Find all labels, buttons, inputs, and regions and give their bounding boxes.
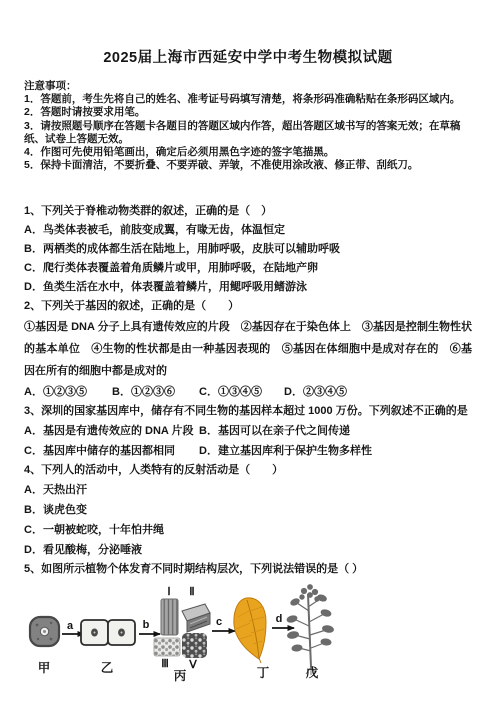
dividing-cells-figure — [81, 620, 135, 645]
exam-paper-page: 2025届上海市西延安中学中考生物模拟试题 注意事项： 1．答题前，考生先将自己… — [0, 0, 500, 707]
stage-label-yi: 乙 — [101, 661, 114, 675]
stage-label-bing: 丙 — [174, 668, 187, 683]
question-1: 1、下列关于脊椎动物类群的叙述，正确的是（ ） A．鸟类体表被毛，前肢变成翼，有… — [24, 202, 472, 297]
question-3-options: A．基因是有遗传效应的 DNA 片段 B．基因可以在亲子代之间传递 C．基因库中… — [24, 421, 472, 461]
arrow-c: c — [212, 616, 235, 631]
tissue-4-label: Ⅴ — [188, 659, 197, 671]
single-cell-figure — [30, 617, 59, 646]
question-3: 3、深圳的国家基因库中，储存有不同生物的基因样本超过 1000 万份。下列叙述不… — [24, 402, 472, 461]
question-3-option-a: A．基因是有遗传效应的 DNA 片段 — [24, 421, 199, 441]
stage-label-jia: 甲 — [38, 661, 51, 675]
question-2-statements: ①基因是 DNA 分子上具有遗传效应的片段 ②基因存在于染色体上 ③基因是控制生… — [24, 316, 472, 382]
arrow-c-label: c — [216, 616, 222, 628]
question-1-stem: 1、下列关于脊椎动物类群的叙述，正确的是（ ） — [24, 202, 472, 221]
notice-item: 1．答题前，考生先将自己的姓名、准考证号码填写清楚，将条形码准确粘贴在条形码区域… — [24, 93, 472, 106]
question-1-option-c: C．爬行类体表覆盖着角质鳞片或甲，用肺呼吸，在陆地产卵 — [24, 259, 472, 278]
question-1-option-b: B．两栖类的成体都生活在陆地上，用肺呼吸，皮肤可以辅助呼吸 — [24, 240, 472, 259]
question-2: 2、下列关于基因的叙述，正确的是（ ） ①基因是 DNA 分子上具有遗传效应的片… — [24, 297, 472, 402]
question-2-option-b: B．①②③⑥ — [112, 383, 199, 402]
question-3-option-b: B．基因可以在亲子代之间传递 — [199, 421, 472, 441]
arrow-d-label: d — [276, 613, 283, 625]
question-4: 4、下列人的活动中，人类特有的反射活动是（ ） A．天热出汗 B．谈虎色变 C．… — [24, 461, 472, 560]
tissue-2-image — [182, 604, 210, 632]
question-4-stem: 4、下列人的活动中，人类特有的反射活动是（ ） — [24, 461, 472, 480]
tissue-3-label: Ⅲ — [161, 658, 169, 670]
tissues-figure: Ⅰ Ⅱ Ⅲ Ⅴ — [154, 586, 210, 671]
notice-section: 注意事项： 1．答题前，考生先将自己的姓名、准考证号码填写清楚，将条形码准确粘贴… — [24, 80, 472, 172]
question-2-options: A．①②③⑤ B．①②③⑥ C．①③④⑤ D．②③④⑤ — [24, 383, 472, 402]
question-2-option-a: A．①②③⑤ — [24, 383, 112, 402]
question-2-option-c: C．①③④⑤ — [199, 383, 284, 402]
stage-label-wu: 戊 — [306, 665, 319, 680]
question-3-option-c: C．基因库中储存的基因都相同 — [24, 441, 199, 461]
notice-item: 4．作图可先使用铅笔画出，确定后必须用黑色字迹的签字笔描黑。 — [24, 146, 472, 159]
arrow-a-label: a — [67, 620, 74, 632]
question-4-option-d: D．看见酸梅，分泌唾液 — [24, 540, 472, 560]
arrow-b-label: b — [143, 619, 150, 631]
notice-item: 3．请按照题号顺序在答题卡各题目的答题区域内作答，超出答题区域书写的答案无效；在… — [24, 120, 472, 146]
notice-item: 5．保持卡面清洁，不要折叠、不要弄破、弄皱，不准使用涂改液、修正带、刮纸刀。 — [24, 159, 472, 172]
question-5: 5、如图所示植物个体发育不同时期结构层次，下列说法错误的是（ ） — [24, 560, 472, 683]
whole-plant-figure — [286, 585, 334, 675]
question-1-option-d: D．鱼类生活在水中，体表覆盖着鳞片，用鳃呼吸用鳍游泳 — [24, 278, 472, 297]
arrow-b: b — [139, 619, 160, 634]
question-3-stem: 3、深圳的国家基因库中，储存有不同生物的基因样本超过 1000 万份。下列叙述不… — [24, 402, 472, 421]
questions-section: 1、下列关于脊椎动物类群的叙述，正确的是（ ） A．鸟类体表被毛，前肢变成翼，有… — [24, 202, 472, 683]
question-3-option-d: D．建立基因库利于保护生物多样性 — [199, 441, 472, 461]
question-5-stem: 5、如图所示植物个体发育不同时期结构层次，下列说法错误的是（ ） — [24, 560, 472, 578]
question-2-option-d: D．②③④⑤ — [284, 383, 472, 402]
tissue-3-image — [154, 638, 180, 656]
tissue-1-label: Ⅰ — [167, 586, 170, 598]
leaf-figure — [234, 598, 266, 663]
tissue-4-image — [182, 633, 207, 658]
question-1-option-a: A．鸟类体表被毛，前肢变成翼，有喙无齿，体温恒定 — [24, 221, 472, 240]
notice-item: 2．答题时请按要求用笔。 — [24, 106, 472, 119]
stage-label-ding: 丁 — [257, 666, 270, 680]
question-4-option-b: B．谈虎色变 — [24, 500, 472, 520]
notice-heading: 注意事项： — [24, 80, 472, 93]
page-title: 2025届上海市西延安中学中考生物模拟试题 — [24, 46, 472, 67]
question-4-option-c: C．一朝被蛇咬，十年怕井绳 — [24, 520, 472, 540]
question-4-option-a: A．天热出汗 — [24, 480, 472, 500]
tissue-1-image — [161, 599, 178, 635]
tissue-2-label: Ⅱ — [189, 586, 194, 598]
plant-development-figure: a b Ⅰ — [14, 581, 359, 683]
question-2-stem: 2、下列关于基因的叙述，正确的是（ ） — [24, 297, 472, 316]
